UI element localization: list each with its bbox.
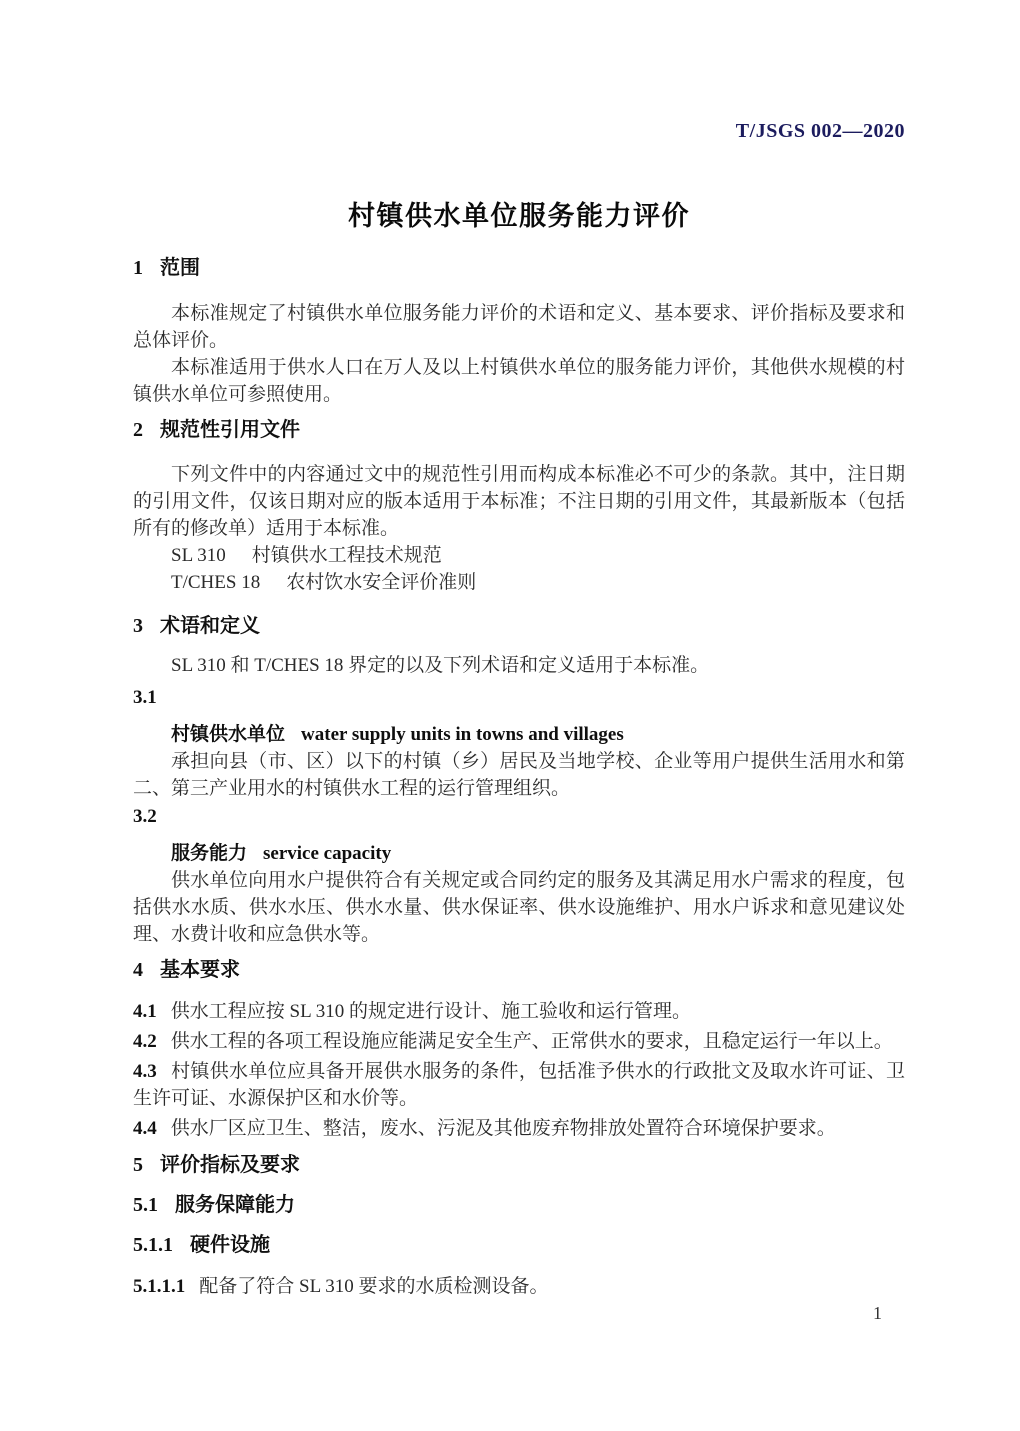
section-5-title: 评价指标及要求	[160, 1154, 300, 1176]
clause-4-4-number: 4.4	[133, 1118, 157, 1139]
clause-4-2: 4.2供水工程的各项工程设施应能满足安全生产、正常供水的要求，且稳定运行一年以上…	[133, 1028, 905, 1055]
section-3-number: 3	[133, 615, 143, 637]
section-5-1-1-title: 硬件设施	[190, 1234, 270, 1256]
section-5-number: 5	[133, 1154, 143, 1176]
section-5-1-number: 5.1	[133, 1194, 158, 1216]
section-5-1-1-number: 5.1.1	[133, 1234, 173, 1256]
section-2-paragraph-1: 下列文件中的内容通过文中的规范性引用而构成本标准必不可少的条款。其中，注日期的引…	[133, 461, 905, 542]
document-title: 村镇供水单位服务能力评价	[133, 198, 905, 234]
document-page: T/JSGS 002—2020 村镇供水单位服务能力评价 1范围 本标准规定了村…	[0, 0, 1020, 1431]
section-1-paragraph-1: 本标准规定了村镇供水单位服务能力评价的术语和定义、基本要求、评价指标及要求和总体…	[133, 300, 905, 354]
term-3-2-line: 服务能力service capacity	[133, 840, 905, 867]
term-3-1-english: water supply units in towns and villages	[301, 724, 624, 745]
clause-4-4-text: 供水厂区应卫生、整洁，废水、污泥及其他废弃物排放处置符合环境保护要求。	[171, 1118, 836, 1139]
term-3-1-chinese: 村镇供水单位	[171, 724, 285, 745]
section-3-heading: 3术语和定义	[133, 615, 905, 637]
section-4-title: 基本要求	[160, 959, 240, 981]
term-3-1-number: 3.1	[133, 687, 905, 709]
clause-4-1: 4.1供水工程应按 SL 310 的规定进行设计、施工验收和运行管理。	[133, 998, 905, 1025]
reference-1-code: SL 310	[171, 545, 226, 566]
section-2-title: 规范性引用文件	[160, 419, 300, 441]
section-1-title: 范围	[160, 257, 200, 279]
term-3-2-english: service capacity	[263, 843, 391, 864]
term-3-2-chinese: 服务能力	[171, 843, 247, 864]
reference-2-title: 农村饮水安全评价准则	[286, 572, 476, 593]
section-5-1-title: 服务保障能力	[175, 1194, 295, 1216]
section-4-number: 4	[133, 959, 143, 981]
clause-5-1-1-1-text: 配备了符合 SL 310 要求的水质检测设备。	[199, 1276, 548, 1297]
clause-5-1-1-1-number: 5.1.1.1	[133, 1276, 185, 1297]
reference-2-code: T/CHES 18	[171, 572, 260, 593]
clause-4-4: 4.4供水厂区应卫生、整洁，废水、污泥及其他废弃物排放处置符合环境保护要求。	[133, 1115, 905, 1142]
section-1-paragraph-2: 本标准适用于供水人口在万人及以上村镇供水单位的服务能力评价，其他供水规模的村镇供…	[133, 354, 905, 408]
page-number: 1	[873, 1300, 882, 1326]
section-5-heading: 5评价指标及要求	[133, 1154, 905, 1176]
standard-number: T/JSGS 002—2020	[133, 0, 905, 144]
clause-4-2-number: 4.2	[133, 1031, 157, 1052]
section-5-1-1-heading: 5.1.1硬件设施	[133, 1234, 905, 1256]
reference-1-title: 村镇供水工程技术规范	[252, 545, 442, 566]
clause-4-3-number: 4.3	[133, 1061, 157, 1082]
clause-4-2-text: 供水工程的各项工程设施应能满足安全生产、正常供水的要求，且稳定运行一年以上。	[171, 1031, 893, 1052]
section-1-number: 1	[133, 257, 143, 279]
clause-4-1-number: 4.1	[133, 1001, 157, 1022]
term-3-2-definition: 供水单位向用水户提供符合有关规定或合同约定的服务及其满足用水户需求的程度，包括供…	[133, 867, 905, 948]
clause-5-1-1-1: 5.1.1.1配备了符合 SL 310 要求的水质检测设备。	[133, 1273, 905, 1300]
section-1-heading: 1范围	[133, 257, 905, 279]
page-content: T/JSGS 002—2020 村镇供水单位服务能力评价 1范围 本标准规定了村…	[0, 0, 1020, 1300]
term-3-1-definition: 承担向县（市、区）以下的村镇（乡）居民及当地学校、企业等用户提供生活用水和第二、…	[133, 748, 905, 802]
section-4-heading: 4基本要求	[133, 959, 905, 981]
normative-reference-2: T/CHES 18农村饮水安全评价准则	[133, 569, 905, 596]
clause-4-3-text: 村镇供水单位应具备开展供水服务的条件，包括准予供水的行政批文及取水许可证、卫生许…	[133, 1061, 905, 1109]
section-3-paragraph-1: SL 310 和 T/CHES 18 界定的以及下列术语和定义适用于本标准。	[133, 652, 905, 679]
clause-4-1-text: 供水工程应按 SL 310 的规定进行设计、施工验收和运行管理。	[171, 1001, 691, 1022]
section-2-heading: 2规范性引用文件	[133, 419, 905, 441]
section-5-1-heading: 5.1服务保障能力	[133, 1194, 905, 1216]
normative-reference-1: SL 310村镇供水工程技术规范	[133, 542, 905, 569]
term-3-2-number: 3.2	[133, 806, 905, 828]
section-2-number: 2	[133, 419, 143, 441]
section-3-title: 术语和定义	[160, 615, 260, 637]
clause-4-3: 4.3村镇供水单位应具备开展供水服务的条件，包括准予供水的行政批文及取水许可证、…	[133, 1058, 905, 1112]
term-3-1-line: 村镇供水单位water supply units in towns and vi…	[133, 721, 905, 748]
